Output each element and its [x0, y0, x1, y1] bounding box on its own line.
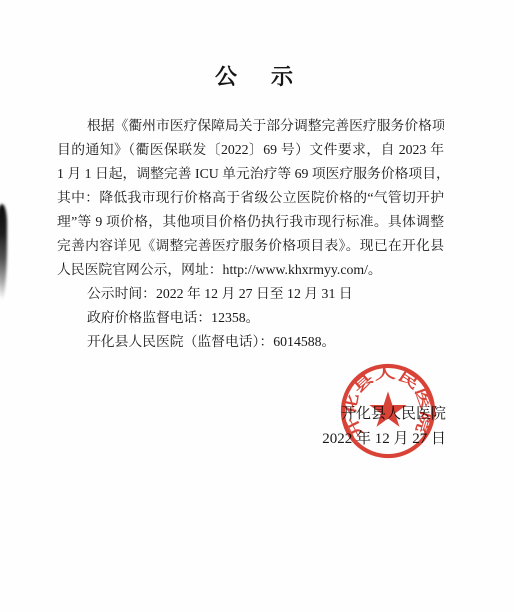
notice-title: 公 示	[0, 60, 514, 91]
signature-date: 2022 年 12 月 27 日	[322, 427, 446, 452]
notice-body: 根据《衢州市医疗保障局关于部分调整完善医疗服务价格项 目的通知》（衢医保联发〔2…	[57, 114, 444, 354]
body-line: 理”等 9 项价格，其他项目价格仍执行我市现行标准。具体调整	[57, 210, 444, 234]
info-line-gov-phone: 政府价格监督电话：12358。	[57, 306, 444, 330]
scan-smudge-artifact	[0, 204, 7, 300]
body-line: 目的通知》（衢医保联发〔2022〕69 号）文件要求，自 2023 年	[57, 138, 444, 162]
body-line: 其中：降低我市现行价格高于省级公立医院价格的“气管切开护	[57, 186, 444, 210]
signature-block: 开化县人民医院 2022 年 12 月 27 日	[322, 402, 446, 452]
signature-name: 开化县人民医院	[322, 402, 446, 427]
info-line-hospital-phone: 开化县人民医院（监督电话）：6014588。	[57, 330, 444, 354]
body-line: 1 月 1 日起，调整完善 ICU 单元治疗等 69 项医疗服务价格项目，	[57, 162, 444, 186]
info-line-notice-period: 公示时间：2022 年 12 月 27 日至 12 月 31 日	[57, 282, 444, 306]
body-line: 完善内容详见《调整完善医疗服务价格项目表》。现已在开化县	[57, 234, 444, 258]
body-line-url: 人民医院官网公示，网址：http://www.khxrmyy.com/。	[57, 258, 444, 282]
scanned-notice-page: 公 示 根据《衢州市医疗保障局关于部分调整完善医疗服务价格项 目的通知》（衢医保…	[0, 0, 514, 612]
body-line: 根据《衢州市医疗保障局关于部分调整完善医疗服务价格项	[57, 114, 444, 138]
